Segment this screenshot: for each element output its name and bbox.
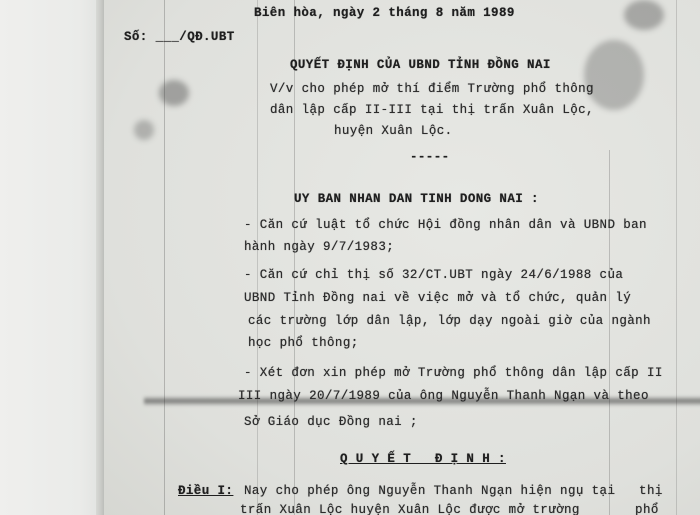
consideration-line: Sở Giáo dục Đồng nai ; — [244, 415, 418, 429]
consideration-line: các trường lớp dân lập, lớp dạy ngoài gi… — [248, 314, 651, 328]
consideration-line: học phổ thông; — [248, 336, 359, 350]
fold-line — [294, 0, 295, 515]
place-date: Biên hòa, ngày 2 tháng 8 năm 1989 — [254, 6, 515, 20]
document-number: Số: ___/QĐ.UBT — [124, 30, 235, 44]
subject-line: huyện Xuân Lộc. — [334, 124, 453, 138]
ink-smudge — [624, 0, 664, 30]
document-title: QUYẾT ĐỊNH CỦA UBND TỈNH ĐỒNG NAI — [290, 58, 551, 72]
fold-line — [257, 0, 258, 515]
consideration-line: III ngày 20/7/1989 của ông Nguyễn Thanh … — [238, 389, 649, 403]
consideration-line: UBND Tỉnh Đồng nai về việc mở và tổ chức… — [244, 291, 631, 305]
article-line: Nay cho phép ông Nguyễn Thanh Ngạn hiện … — [244, 484, 663, 498]
authority-heading: UY BAN NHAN DAN TINH DONG NAI : — [294, 192, 539, 206]
article-line: trấn Xuân Lộc huyện Xuân Lộc được mở trư… — [240, 503, 659, 515]
photocopied-document: Biên hòa, ngày 2 tháng 8 năm 1989 Số: __… — [104, 0, 700, 515]
fold-line — [676, 0, 677, 515]
fold-line — [164, 0, 165, 515]
article-label: Điều I: — [178, 484, 233, 498]
fold-line — [609, 150, 610, 515]
consideration-line: - Xét đơn xin phép mở Trường phổ thông d… — [244, 366, 663, 380]
subject-line: dân lập cấp II-III tại thị trấn Xuân Lộc… — [270, 103, 594, 117]
facing-blank-page — [0, 0, 100, 515]
ink-smudge — [584, 40, 644, 110]
ink-smudge — [134, 120, 154, 140]
consideration-line: hành ngày 9/7/1983; — [244, 240, 394, 254]
decision-heading: Q U Y Ế T Đ Ị N H : — [340, 452, 506, 466]
consideration-line: - Căn cứ luật tổ chức Hội đồng nhân dân … — [244, 218, 647, 232]
consideration-line: - Căn cứ chỉ thị số 32/CT.UBT ngày 24/6/… — [244, 268, 623, 282]
subject-line: V/v cho phép mở thí điểm Trường phổ thôn… — [270, 82, 594, 96]
separator: ----- — [410, 150, 450, 164]
